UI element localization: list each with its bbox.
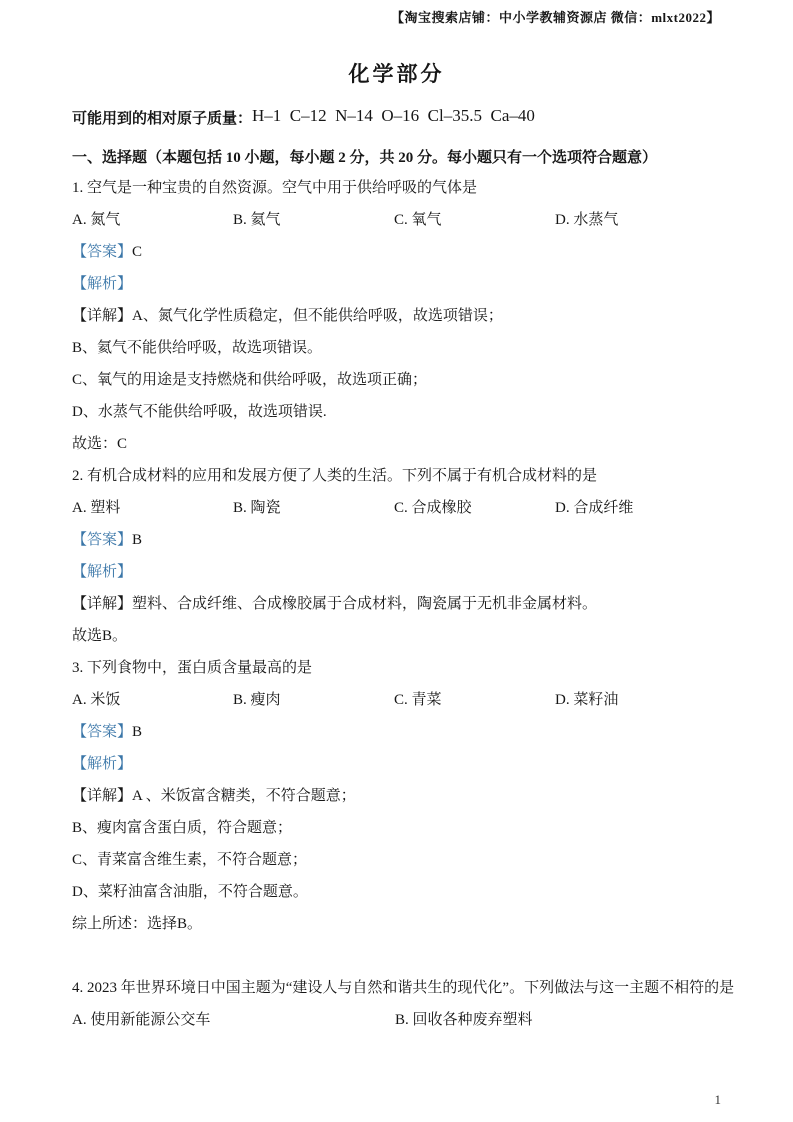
question-stem: 3. 下列食物中，蛋白质含量最高的是 (72, 652, 735, 684)
options-row: A. 使用新能源公交车 B. 回收各种废弃塑料 (72, 1004, 735, 1036)
question-stem: 4. 2023 年世界环境日中国主题为“建设人与自然和谐共生的现代化”。下列做法… (72, 972, 735, 1004)
options-row: A. 氮气 B. 氦气 C. 氧气 D. 水蒸气 (72, 204, 735, 236)
detail-line: C、氧气的用途是支持燃烧和供给呼吸，故选项正确； (72, 364, 735, 396)
answer-label: 【答案】 (72, 532, 132, 548)
option-b: B. 回收各种废弃塑料 (395, 1004, 718, 1036)
detail-line: C、青菜富含维生素，不符合题意； (72, 844, 735, 876)
question-block-1: 1. 空气是一种宝贵的自然资源。空气中用于供给呼吸的气体是 A. 氮气 B. 氦… (72, 172, 735, 460)
question-block-4: 4. 2023 年世界环境日中国主题为“建设人与自然和谐共生的现代化”。下列做法… (72, 972, 735, 1036)
page-number: 1 (715, 1092, 722, 1108)
option-a: A. 氮气 (72, 204, 233, 236)
answer-line: 【答案】C (72, 236, 735, 268)
answer-line: 【答案】B (72, 524, 735, 556)
detail-line: D、菜籽油富含油脂，不符合题意。 (72, 876, 735, 908)
blank-line (72, 940, 735, 972)
option-d: D. 水蒸气 (555, 204, 716, 236)
answer-label: 【答案】 (72, 724, 132, 740)
atomic-masses-values: H–1 C–12 N–14 O–16 Cl–35.5 Ca–40 (252, 106, 535, 125)
atomic-masses-line: 可能用到的相对原子质量：H–1 C–12 N–14 O–16 Cl–35.5 C… (72, 106, 738, 131)
analysis-line: 【解析】 (72, 556, 735, 588)
option-a: A. 塑料 (72, 492, 233, 524)
option-a: A. 使用新能源公交车 (72, 1004, 395, 1036)
option-d: D. 菜籽油 (555, 684, 716, 716)
options-row: A. 米饭 B. 瘦肉 C. 青菜 D. 菜籽油 (72, 684, 735, 716)
analysis-label: 【解析】 (72, 756, 132, 772)
answer-line: 【答案】B (72, 716, 735, 748)
analysis-label: 【解析】 (72, 564, 132, 580)
option-c: C. 青菜 (394, 684, 555, 716)
question-stem: 1. 空气是一种宝贵的自然资源。空气中用于供给呼吸的气体是 (72, 172, 735, 204)
option-b: B. 陶瓷 (233, 492, 394, 524)
detail-line: 综上所述：选择B。 (72, 908, 735, 940)
document-body: 1. 空气是一种宝贵的自然资源。空气中用于供给呼吸的气体是 A. 氮气 B. 氦… (72, 172, 735, 1036)
question-block-2: 2. 有机合成材料的应用和发展方便了人类的生活。下列不属于有机合成材料的是 A.… (72, 460, 735, 652)
detail-line: D、水蒸气不能供给呼吸，故选项错误. (72, 396, 735, 428)
option-c: C. 氧气 (394, 204, 555, 236)
detail-line: 【详解】塑料、合成纤维、合成橡胶属于合成材料，陶瓷属于无机非金属材料。 (72, 588, 735, 620)
detail-line: 故选：C (72, 428, 735, 460)
section-header: 一、选择题（本题包括 10 小题，每小题 2 分，共 20 分。每小题只有一个选… (72, 146, 743, 170)
answer-value: B (132, 532, 142, 548)
answer-value: C (132, 244, 142, 260)
answer-label: 【答案】 (72, 244, 132, 260)
detail-line: B、氦气不能供给呼吸，故选项错误。 (72, 332, 735, 364)
option-c: C. 合成橡胶 (394, 492, 555, 524)
page-title: 化学部分 (0, 58, 793, 88)
option-d: D. 合成纤维 (555, 492, 716, 524)
option-b: B. 瘦肉 (233, 684, 394, 716)
header-note: 【淘宝搜索店铺：中小学教辅资源店 微信：mlxt2022】 (391, 7, 720, 26)
atomic-masses-prefix: 可能用到的相对原子质量： (72, 111, 252, 127)
analysis-line: 【解析】 (72, 748, 735, 780)
option-a: A. 米饭 (72, 684, 233, 716)
question-block-3: 3. 下列食物中，蛋白质含量最高的是 A. 米饭 B. 瘦肉 C. 青菜 D. … (72, 652, 735, 940)
analysis-line: 【解析】 (72, 268, 735, 300)
options-row: A. 塑料 B. 陶瓷 C. 合成橡胶 D. 合成纤维 (72, 492, 735, 524)
analysis-label: 【解析】 (72, 276, 132, 292)
document-page: 【淘宝搜索店铺：中小学教辅资源店 微信：mlxt2022】 化学部分 可能用到的… (0, 0, 793, 1122)
detail-line: 【详解】A、氮气化学性质稳定，但不能供给呼吸，故选项错误； (72, 300, 735, 332)
answer-value: B (132, 724, 142, 740)
detail-line: B、瘦肉富含蛋白质，符合题意； (72, 812, 735, 844)
option-b: B. 氦气 (233, 204, 394, 236)
detail-line: 【详解】A 、米饭富含糖类，不符合题意； (72, 780, 735, 812)
detail-line: 故选B。 (72, 620, 735, 652)
question-stem: 2. 有机合成材料的应用和发展方便了人类的生活。下列不属于有机合成材料的是 (72, 460, 735, 492)
